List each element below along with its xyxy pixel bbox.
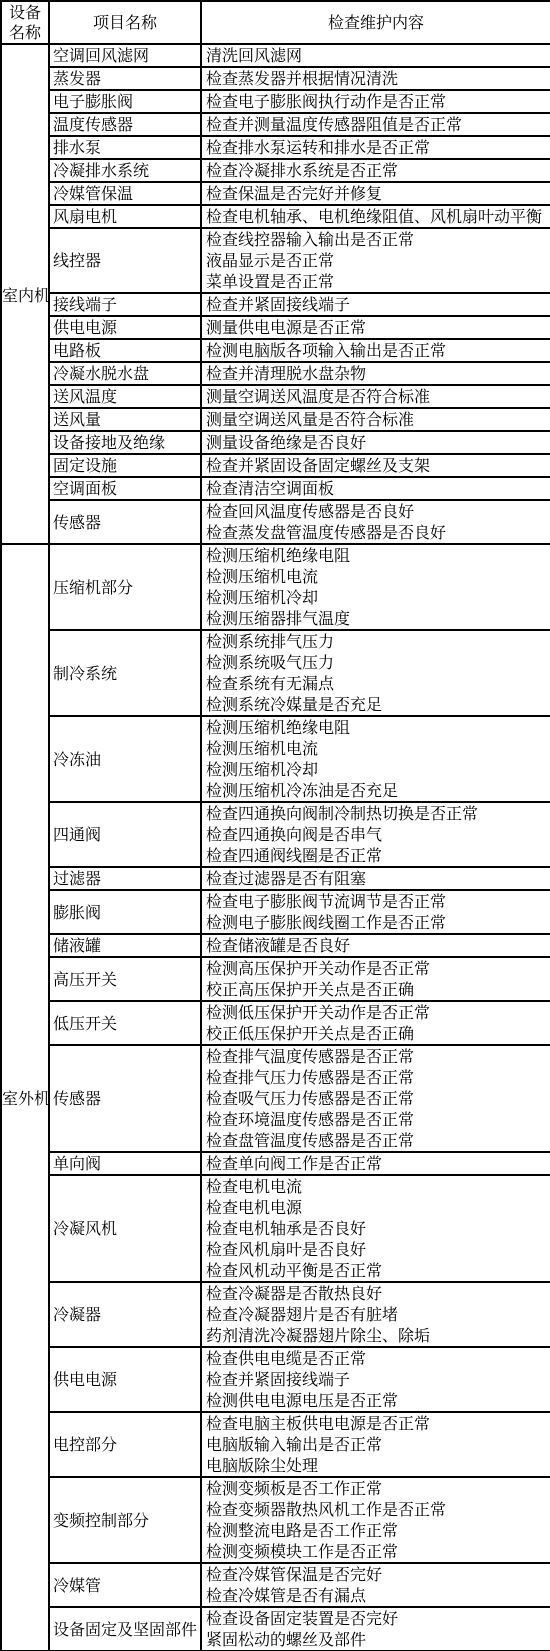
task-line: 检查系统有无漏点 — [206, 673, 550, 694]
task-line: 检测压缩机冷却 — [206, 587, 550, 608]
task-cell: 检查电子膨胀阀执行动作是否正常 — [201, 90, 550, 113]
task-line: 检查电机轴承是否良好 — [206, 1218, 550, 1239]
item-cell: 电子膨胀阀 — [49, 90, 201, 113]
table-row: 设备接地及绝缘测量设备绝缘是否良好 — [1, 431, 550, 454]
task-line: 检查电机电流 — [206, 1176, 550, 1197]
task-line: 检查清洁空调面板 — [206, 478, 550, 499]
item-cell: 冷冻油 — [49, 716, 201, 802]
item-cell: 电控部分 — [49, 1412, 201, 1477]
task-cell: 检查蒸发器并根据情况清洗 — [201, 67, 550, 90]
table-row: 冷凝器检查冷凝器是否散热良好检查冷凝器翅片是否有脏堵药剂清洗冷凝器翅片除尘、除垢 — [1, 1282, 550, 1347]
item-cell: 冷凝风机 — [49, 1175, 201, 1282]
table-row: 送风温度测量空调送风温度是否符合标准 — [1, 385, 550, 408]
task-line: 检测压缩机冷冻油是否充足 — [206, 780, 550, 801]
task-line: 药剂清洗冷凝器翅片除尘、除垢 — [206, 1325, 550, 1346]
task-line: 检测系统排气压力 — [206, 631, 550, 652]
item-cell: 传感器 — [49, 500, 201, 544]
task-line: 检测压缩机电流 — [206, 566, 550, 587]
table-row: 制冷系统检测系统排气压力检测系统吸气压力检查系统有无漏点检测系统冷媒量是否充足 — [1, 630, 550, 716]
task-line: 测量空调送风温度是否符合标准 — [206, 386, 550, 407]
task-line: 检查电机轴承、电机绝缘阻值、风机扇叶动平衡 — [206, 206, 550, 227]
task-line: 检查电子膨胀阀节流调节是否正常 — [206, 891, 550, 912]
column-header-item-name: 项目名称 — [49, 1, 201, 44]
task-line: 检查并测量温度传感器阻值是否正常 — [206, 114, 550, 135]
item-cell: 送风温度 — [49, 385, 201, 408]
task-line: 检查变频器散热风机工作是否正常 — [206, 1499, 550, 1520]
task-line: 检测变频模块工作是否正常 — [206, 1541, 550, 1562]
task-line: 检查储液罐是否良好 — [206, 935, 550, 956]
item-cell: 传感器 — [49, 1045, 201, 1152]
task-line: 检测压缩机绝缘电阻 — [206, 717, 550, 738]
task-cell: 检测变频板是否工作正常检查变频器散热风机工作是否正常检测整流电路是否工作正常检测… — [201, 1477, 550, 1563]
task-line: 电脑版除尘处理 — [206, 1455, 550, 1476]
table-row: 供电电源检查供电电缆是否正常检查并紧固接线端子检测供电电源电压是否正常 — [1, 1347, 550, 1412]
table-row: 高压开关检测高压保护开关动作是否正常校正高压保护开关点是否正确 — [1, 957, 550, 1001]
task-cell: 测量空调送风温度是否符合标准 — [201, 385, 550, 408]
task-cell: 检测压缩机绝缘电阻检测压缩机电流检测压缩机冷却检测压缩机冷冻油是否充足 — [201, 716, 550, 802]
item-cell: 空调回风滤网 — [49, 44, 201, 67]
task-line: 检查并紧固接线端子 — [206, 294, 550, 315]
item-cell: 温度传感器 — [49, 113, 201, 136]
task-cell: 检查储液罐是否良好 — [201, 934, 550, 957]
task-line: 检查四通阀线圈是否正常 — [206, 845, 550, 866]
task-line: 检查冷凝器是否散热良好 — [206, 1283, 550, 1304]
table-row: 过滤器检查过滤器是否有阻塞 — [1, 867, 550, 890]
task-line: 检查排气温度传感器是否正常 — [206, 1046, 550, 1067]
task-cell: 检查并紧固设备固定螺丝及支架 — [201, 454, 550, 477]
task-cell: 检查电脑主板供电电源是否正常电脑版输入输出是否正常电脑版除尘处理 — [201, 1412, 550, 1477]
item-cell: 高压开关 — [49, 957, 201, 1001]
task-line: 检查吸气压力传感器是否正常 — [206, 1088, 550, 1109]
task-line: 检查电机电源 — [206, 1197, 550, 1218]
table-row: 排水泵检查排水泵运转和排水是否正常 — [1, 136, 550, 159]
table-row: 电控部分检查电脑主板供电电源是否正常电脑版输入输出是否正常电脑版除尘处理 — [1, 1412, 550, 1477]
task-line: 检查保温是否完好并修复 — [206, 183, 550, 204]
task-line: 检查蒸发器并根据情况清洗 — [206, 68, 550, 89]
task-line: 检测压缩机冷却 — [206, 759, 550, 780]
task-line: 测量空调送风量是否符合标准 — [206, 409, 550, 430]
column-header-maintenance-content: 检查维护内容 — [201, 1, 550, 44]
item-cell: 压缩机部分 — [49, 544, 201, 630]
task-line: 检查电子膨胀阀执行动作是否正常 — [206, 91, 550, 112]
table-row: 线控器检查线控器输入输出是否正常液晶显示是否正常菜单设置是否正常 — [1, 228, 550, 293]
task-line: 检查四通换向阀是否串气 — [206, 824, 550, 845]
item-cell: 排水泵 — [49, 136, 201, 159]
task-line: 检查环境温度传感器是否正常 — [206, 1109, 550, 1130]
task-line: 检查排气压力传感器是否正常 — [206, 1067, 550, 1088]
task-line: 检测供电电源电压是否正常 — [206, 1390, 550, 1411]
task-cell: 测量设备绝缘是否良好 — [201, 431, 550, 454]
item-cell: 四通阀 — [49, 802, 201, 867]
task-line: 检查过滤器是否有阻塞 — [206, 868, 550, 889]
table-row: 传感器检查回风温度传感器是否良好检查蒸发盘管温度传感器是否良好 — [1, 500, 550, 544]
task-line: 检查风机扇叶是否良好 — [206, 1239, 550, 1260]
task-line: 检查冷媒管保温是否完好 — [206, 1564, 550, 1585]
task-line: 检查排水泵运转和排水是否正常 — [206, 137, 550, 158]
task-cell: 检测低压保护开关动作是否正常校正低压保护开关点是否正确 — [201, 1001, 550, 1045]
task-line: 检查单向阀工作是否正常 — [206, 1153, 550, 1174]
table-row: 单向阀检查单向阀工作是否正常 — [1, 1152, 550, 1175]
task-line: 检查并紧固设备固定螺丝及支架 — [206, 455, 550, 476]
task-cell: 检查清洁空调面板 — [201, 477, 550, 500]
item-cell: 设备接地及绝缘 — [49, 431, 201, 454]
task-line: 检查冷凝器翅片是否有脏堵 — [206, 1304, 550, 1325]
table-row: 空调面板检查清洁空调面板 — [1, 477, 550, 500]
task-line: 检测压缩机绝缘电阻 — [206, 545, 550, 566]
task-line: 检查冷凝排水系统是否正常 — [206, 160, 550, 181]
task-cell: 检查冷媒管保温是否完好检查冷媒管是否有漏点 — [201, 1563, 550, 1607]
item-cell: 冷凝排水系统 — [49, 159, 201, 182]
section-cell: 室内机 — [1, 44, 49, 544]
item-cell: 冷凝水脱水盘 — [49, 362, 201, 385]
column-header-device-name: 设备名称 — [1, 1, 49, 44]
item-cell: 固定设施 — [49, 454, 201, 477]
task-line: 检查盘管温度传感器是否正常 — [206, 1130, 550, 1151]
task-cell: 检查四通换向阀制冷制热切换是否正常检查四通换向阀是否串气检查四通阀线圈是否正常 — [201, 802, 550, 867]
task-cell: 检测电脑版各项输入输出是否正常 — [201, 339, 550, 362]
task-line: 检查回风温度传感器是否良好 — [206, 501, 550, 522]
table-row: 送风量测量空调送风量是否符合标准 — [1, 408, 550, 431]
task-cell: 测量空调送风量是否符合标准 — [201, 408, 550, 431]
task-line: 菜单设置是否正常 — [206, 271, 550, 292]
task-line: 检查并紧固接线端子 — [206, 1369, 550, 1390]
item-cell: 低压开关 — [49, 1001, 201, 1045]
task-line: 检查蒸发盘管温度传感器是否良好 — [206, 522, 550, 543]
table-row: 冷媒管保温检查保温是否完好并修复 — [1, 182, 550, 205]
task-cell: 检查设备固定装置是否完好紧固松动的螺丝及部件 — [201, 1607, 550, 1651]
task-cell: 检查冷凝器是否散热良好检查冷凝器翅片是否有脏堵药剂清洗冷凝器翅片除尘、除垢 — [201, 1282, 550, 1347]
task-cell: 检查冷凝排水系统是否正常 — [201, 159, 550, 182]
table-row: 四通阀检查四通换向阀制冷制热切换是否正常检查四通换向阀是否串气检查四通阀线圈是否… — [1, 802, 550, 867]
item-cell: 冷媒管保温 — [49, 182, 201, 205]
table-row: 传感器检查排气温度传感器是否正常检查排气压力传感器是否正常检查吸气压力传感器是否… — [1, 1045, 550, 1152]
task-cell: 检查排水泵运转和排水是否正常 — [201, 136, 550, 159]
item-cell: 空调面板 — [49, 477, 201, 500]
task-line: 检测电子膨胀阀线圈工作是否正常 — [206, 912, 550, 933]
item-cell: 接线端子 — [49, 293, 201, 316]
table-row: 冷凝排水系统检查冷凝排水系统是否正常 — [1, 159, 550, 182]
item-cell: 储液罐 — [49, 934, 201, 957]
task-line: 紧固松动的螺丝及部件 — [206, 1629, 550, 1650]
item-cell: 供电电源 — [49, 316, 201, 339]
table-row: 储液罐检查储液罐是否良好 — [1, 934, 550, 957]
task-cell: 清洗回风滤网 — [201, 44, 550, 67]
table-row: 蒸发器检查蒸发器并根据情况清洗 — [1, 67, 550, 90]
table-row: 设备固定及坚固部件检查设备固定装置是否完好紧固松动的螺丝及部件 — [1, 1607, 550, 1651]
task-line: 检测压缩机电流 — [206, 738, 550, 759]
task-line: 检查风机动平衡是否正常 — [206, 1260, 550, 1281]
header-row: 设备名称 项目名称 检查维护内容 — [1, 1, 550, 44]
table-row: 膨胀阀检查电子膨胀阀节流调节是否正常检测电子膨胀阀线圈工作是否正常 — [1, 890, 550, 934]
task-cell: 检测压缩机绝缘电阻检测压缩机电流检测压缩机冷却检测压缩器排气温度 — [201, 544, 550, 630]
table-row: 电子膨胀阀检查电子膨胀阀执行动作是否正常 — [1, 90, 550, 113]
task-line: 检测整流电路是否工作正常 — [206, 1520, 550, 1541]
task-line: 校正低压保护开关点是否正确 — [206, 1023, 550, 1044]
task-line: 检查四通换向阀制冷制热切换是否正常 — [206, 803, 550, 824]
task-line: 检查电脑主板供电电源是否正常 — [206, 1413, 550, 1434]
table-row: 固定设施检查并紧固设备固定螺丝及支架 — [1, 454, 550, 477]
table-row: 室内机空调回风滤网清洗回风滤网 — [1, 44, 550, 67]
task-line: 检测低压保护开关动作是否正常 — [206, 1002, 550, 1023]
table-row: 供电电源测量供电电源是否正常 — [1, 316, 550, 339]
task-cell: 检查电子膨胀阀节流调节是否正常检测电子膨胀阀线圈工作是否正常 — [201, 890, 550, 934]
table-row: 温度传感器检查并测量温度传感器阻值是否正常 — [1, 113, 550, 136]
task-line: 清洗回风滤网 — [206, 45, 550, 66]
item-cell: 蒸发器 — [49, 67, 201, 90]
item-cell: 单向阀 — [49, 1152, 201, 1175]
table-row: 冷媒管检查冷媒管保温是否完好检查冷媒管是否有漏点 — [1, 1563, 550, 1607]
task-cell: 测量供电电源是否正常 — [201, 316, 550, 339]
task-cell: 检查并紧固接线端子 — [201, 293, 550, 316]
maintenance-table: 设备名称 项目名称 检查维护内容 室内机空调回风滤网清洗回风滤网蒸发器检查蒸发器… — [0, 0, 550, 1651]
task-line: 检测系统吸气压力 — [206, 652, 550, 673]
item-cell: 线控器 — [49, 228, 201, 293]
item-cell: 膨胀阀 — [49, 890, 201, 934]
table-row: 风扇电机检查电机轴承、电机绝缘阻值、风机扇叶动平衡 — [1, 205, 550, 228]
task-cell: 检查电机电流检查电机电源检查电机轴承是否良好检查风机扇叶是否良好检查风机动平衡是… — [201, 1175, 550, 1282]
table-row: 室外机压缩机部分检测压缩机绝缘电阻检测压缩机电流检测压缩机冷却检测压缩器排气温度 — [1, 544, 550, 630]
task-cell: 检查单向阀工作是否正常 — [201, 1152, 550, 1175]
table-body: 室内机空调回风滤网清洗回风滤网蒸发器检查蒸发器并根据情况清洗电子膨胀阀检查电子膨… — [1, 44, 550, 1651]
table-row: 变频控制部分检测变频板是否工作正常检查变频器散热风机工作是否正常检测整流电路是否… — [1, 1477, 550, 1563]
section-cell: 室外机 — [1, 544, 49, 1651]
task-cell: 检查回风温度传感器是否良好检查蒸发盘管温度传感器是否良好 — [201, 500, 550, 544]
item-cell: 电路板 — [49, 339, 201, 362]
item-cell: 送风量 — [49, 408, 201, 431]
task-cell: 检查线控器输入输出是否正常液晶显示是否正常菜单设置是否正常 — [201, 228, 550, 293]
item-cell: 供电电源 — [49, 1347, 201, 1412]
task-cell: 检查并测量温度传感器阻值是否正常 — [201, 113, 550, 136]
task-line: 校正高压保护开关点是否正确 — [206, 979, 550, 1000]
task-cell: 检测高压保护开关动作是否正常校正高压保护开关点是否正确 — [201, 957, 550, 1001]
table-row: 接线端子检查并紧固接线端子 — [1, 293, 550, 316]
item-cell: 风扇电机 — [49, 205, 201, 228]
page: 设备名称 项目名称 检查维护内容 室内机空调回风滤网清洗回风滤网蒸发器检查蒸发器… — [0, 0, 550, 1651]
task-line: 检测变频板是否工作正常 — [206, 1478, 550, 1499]
task-cell: 检查供电电缆是否正常检查并紧固接线端子检测供电电源电压是否正常 — [201, 1347, 550, 1412]
table-row: 冷凝水脱水盘检查并清理脱水盘杂物 — [1, 362, 550, 385]
task-line: 测量设备绝缘是否良好 — [206, 432, 550, 453]
task-line: 检测高压保护开关动作是否正常 — [206, 958, 550, 979]
task-cell: 检查并清理脱水盘杂物 — [201, 362, 550, 385]
task-cell: 检查过滤器是否有阻塞 — [201, 867, 550, 890]
item-cell: 制冷系统 — [49, 630, 201, 716]
task-line: 检测电脑版各项输入输出是否正常 — [206, 340, 550, 361]
task-line: 检查线控器输入输出是否正常 — [206, 229, 550, 250]
item-cell: 变频控制部分 — [49, 1477, 201, 1563]
task-cell: 检测系统排气压力检测系统吸气压力检查系统有无漏点检测系统冷媒量是否充足 — [201, 630, 550, 716]
task-line: 检查并清理脱水盘杂物 — [206, 363, 550, 384]
table-row: 低压开关检测低压保护开关动作是否正常校正低压保护开关点是否正确 — [1, 1001, 550, 1045]
task-line: 液晶显示是否正常 — [206, 250, 550, 271]
task-line: 电脑版输入输出是否正常 — [206, 1434, 550, 1455]
item-cell: 设备固定及坚固部件 — [49, 1607, 201, 1651]
task-line: 测量供电电源是否正常 — [206, 317, 550, 338]
task-line: 检测系统冷媒量是否充足 — [206, 694, 550, 715]
table-row: 冷凝风机检查电机电流检查电机电源检查电机轴承是否良好检查风机扇叶是否良好检查风机… — [1, 1175, 550, 1282]
table-row: 电路板检测电脑版各项输入输出是否正常 — [1, 339, 550, 362]
task-line: 检查供电电缆是否正常 — [206, 1348, 550, 1369]
task-cell: 检查排气温度传感器是否正常检查排气压力传感器是否正常检查吸气压力传感器是否正常检… — [201, 1045, 550, 1152]
task-cell: 检查电机轴承、电机绝缘阻值、风机扇叶动平衡 — [201, 205, 550, 228]
item-cell: 冷凝器 — [49, 1282, 201, 1347]
task-line: 检查冷媒管是否有漏点 — [206, 1585, 550, 1606]
task-cell: 检查保温是否完好并修复 — [201, 182, 550, 205]
item-cell: 冷媒管 — [49, 1563, 201, 1607]
task-line: 检查设备固定装置是否完好 — [206, 1608, 550, 1629]
item-cell: 过滤器 — [49, 867, 201, 890]
table-row: 冷冻油检测压缩机绝缘电阻检测压缩机电流检测压缩机冷却检测压缩机冷冻油是否充足 — [1, 716, 550, 802]
task-line: 检测压缩器排气温度 — [206, 608, 550, 629]
